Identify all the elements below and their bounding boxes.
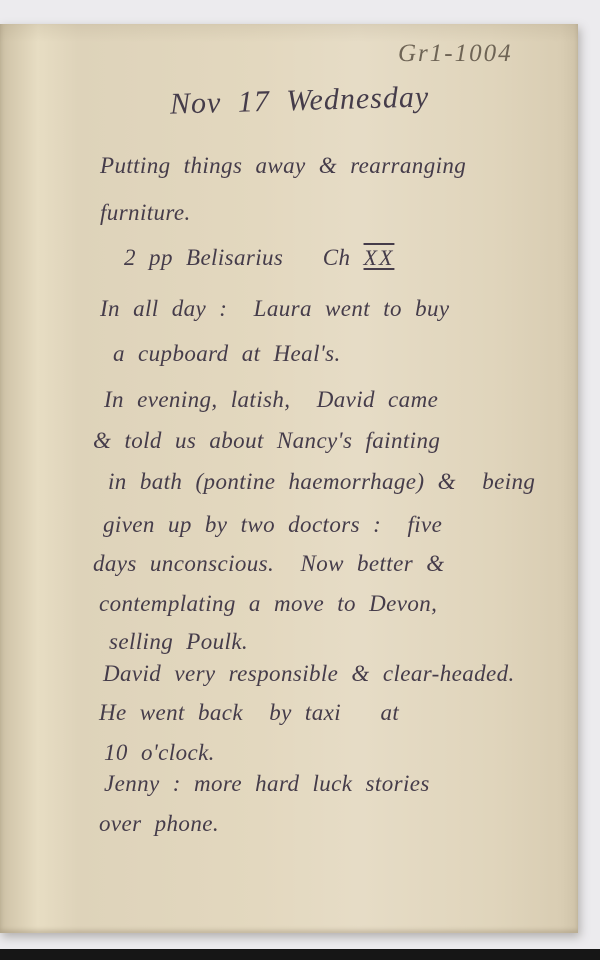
archival-mark: Gr1-1004 bbox=[398, 40, 513, 68]
diary-line: He went back by taxi at bbox=[99, 700, 399, 726]
diary-line: & told us about Nancy's fainting bbox=[93, 428, 440, 454]
diary-line: In all day : Laura went to buy bbox=[100, 296, 450, 322]
diary-line: David very responsible & clear-headed. bbox=[103, 661, 515, 687]
chapter-numeral: XX bbox=[364, 245, 395, 270]
scan-bottom-edge bbox=[0, 949, 600, 960]
scanned-page: Gr1-1004 Nov 17 Wednesday Putting things… bbox=[0, 0, 600, 960]
diary-line: 2 pp Belisarius Ch XX bbox=[124, 245, 394, 271]
diary-line: Jenny : more hard luck stories bbox=[104, 771, 430, 797]
diary-line: contemplating a move to Devon, bbox=[99, 591, 437, 617]
entry-date-heading: Nov 17 Wednesday bbox=[170, 80, 430, 121]
diary-line: furniture. bbox=[100, 200, 191, 226]
diary-line: 10 o'clock. bbox=[104, 740, 215, 766]
diary-line: given up by two doctors : five bbox=[103, 512, 442, 538]
diary-line: selling Poulk. bbox=[109, 629, 248, 655]
diary-line: Putting things away & rearranging bbox=[100, 153, 466, 179]
diary-line-text: 2 pp Belisarius Ch bbox=[124, 245, 364, 270]
diary-line: over phone. bbox=[99, 811, 219, 837]
diary-line: days unconscious. Now better & bbox=[93, 551, 445, 577]
diary-line: in bath (pontine haemorrhage) & being bbox=[108, 469, 535, 495]
diary-line: In evening, latish, David came bbox=[104, 387, 438, 413]
diary-line: a cupboard at Heal's. bbox=[113, 341, 341, 367]
